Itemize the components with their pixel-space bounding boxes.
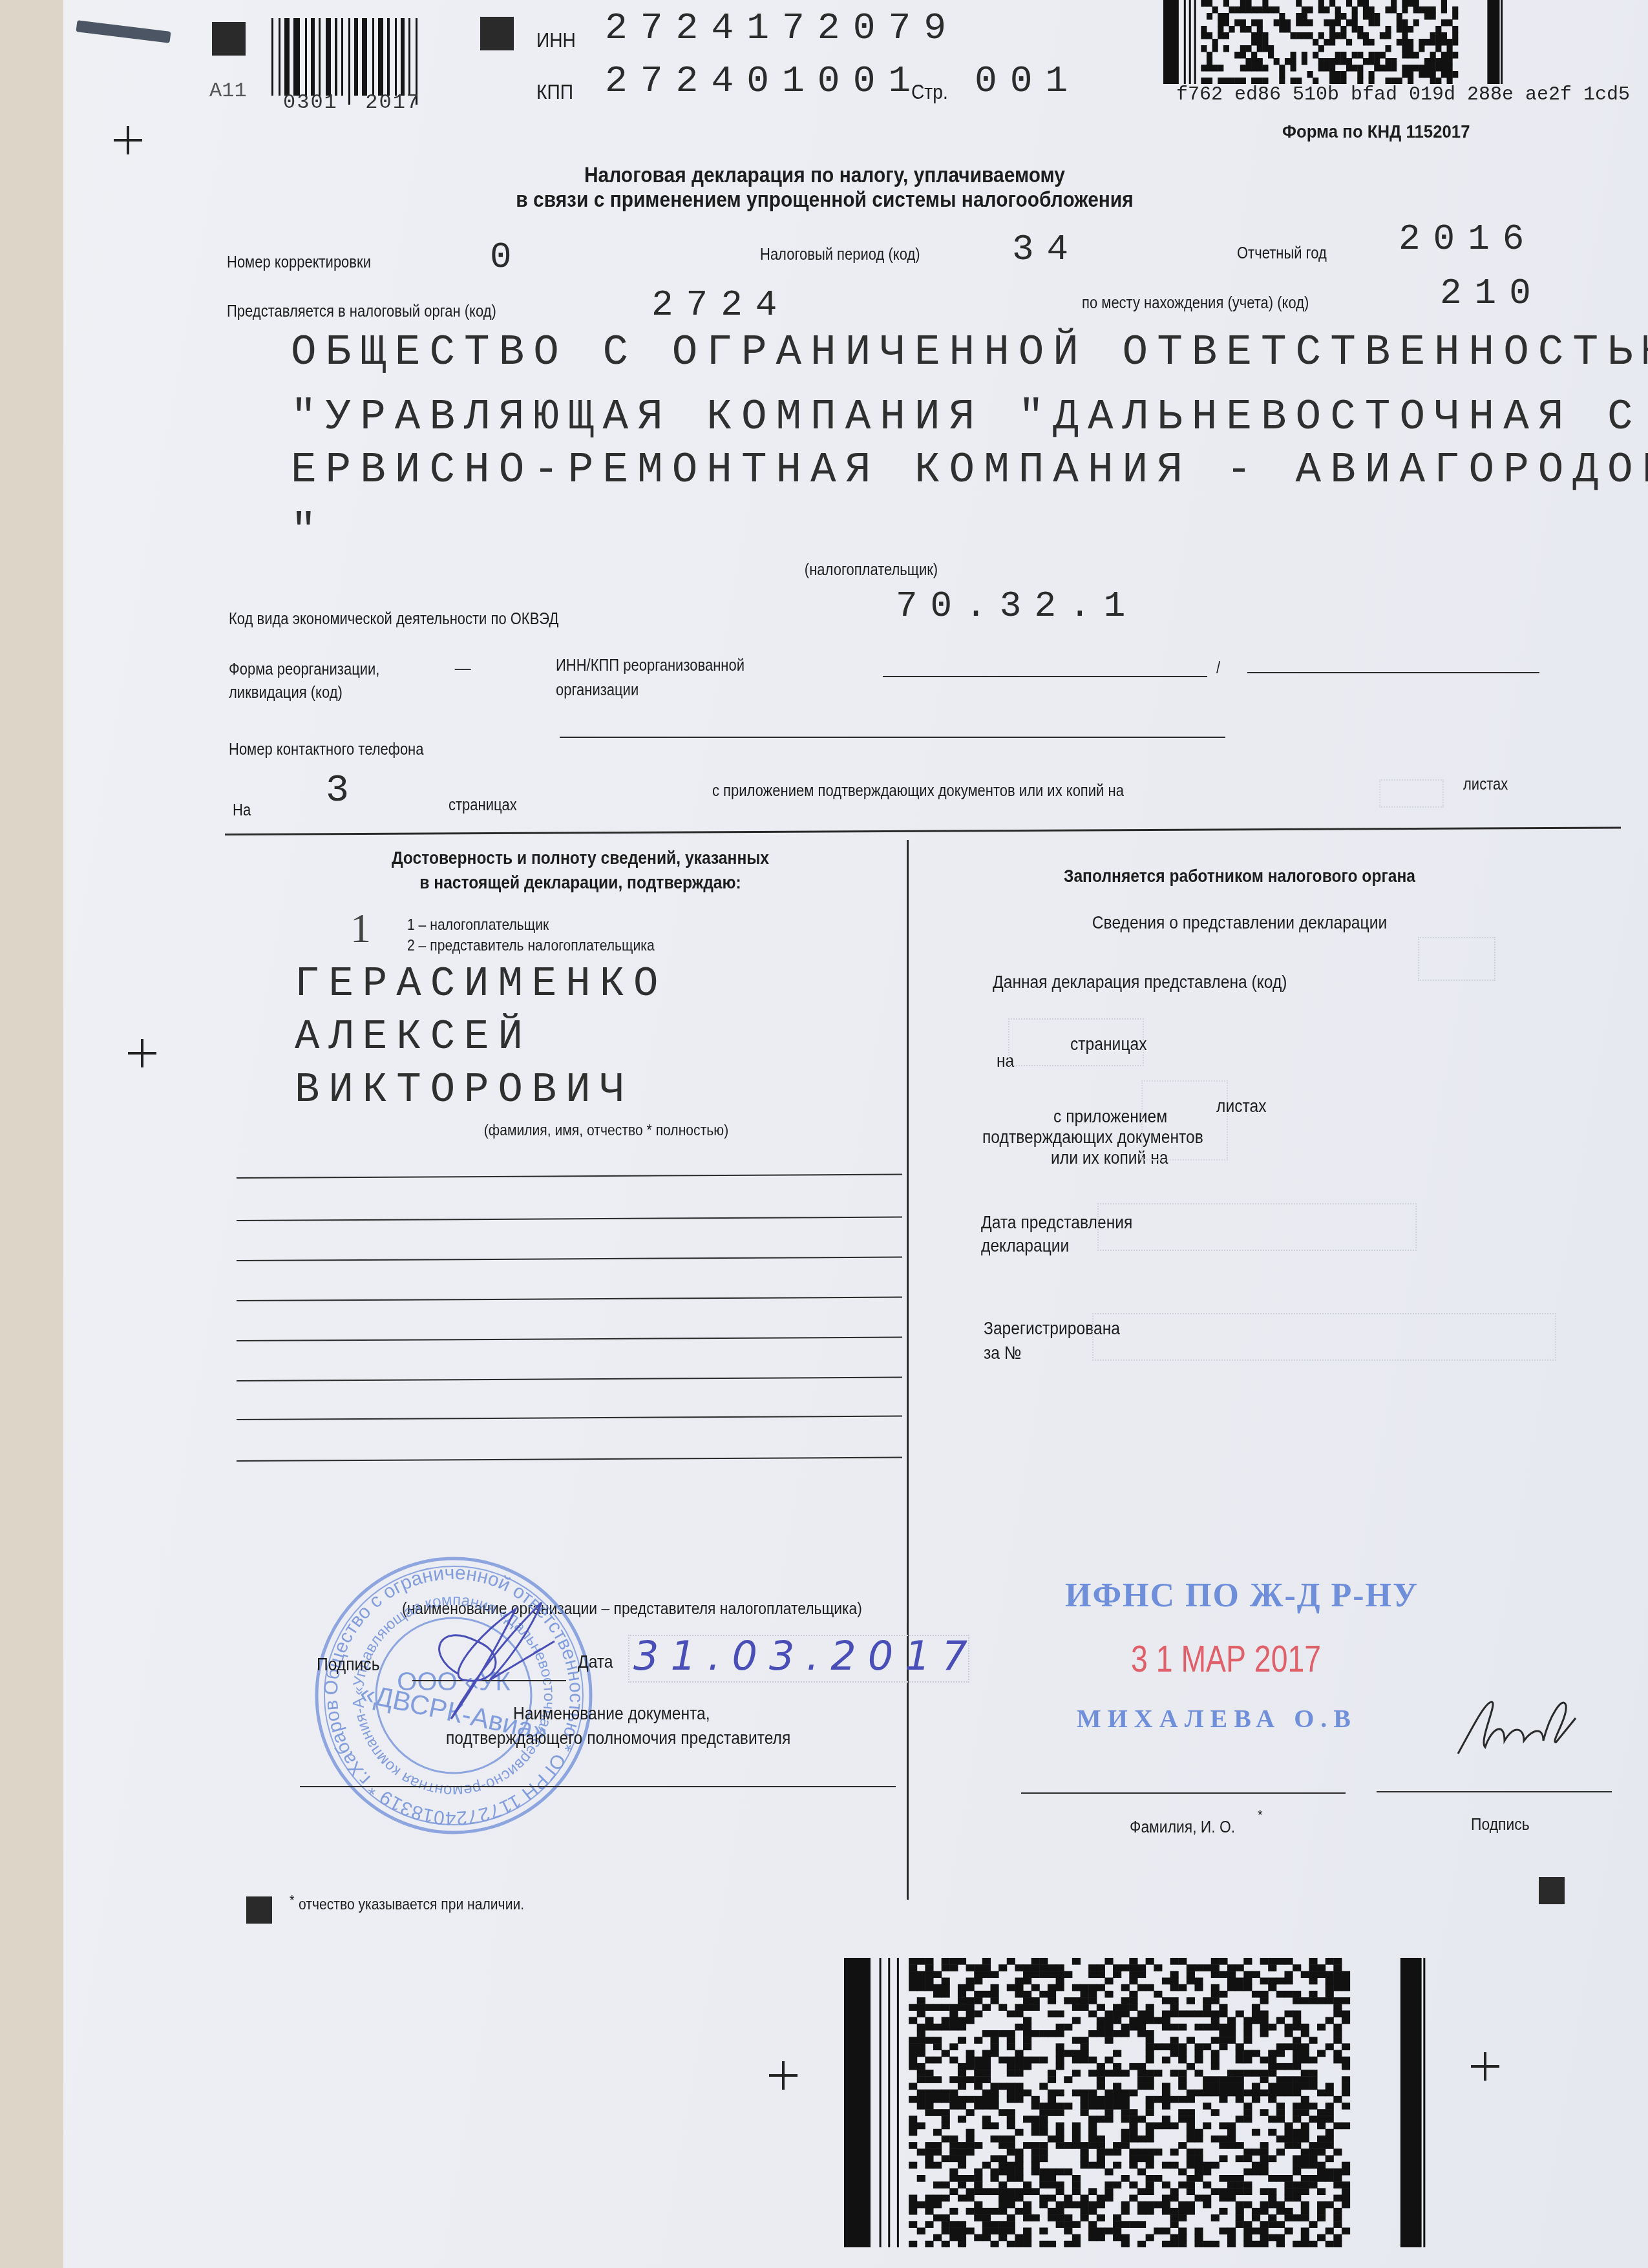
submission-date-label-2: декларации	[981, 1235, 1069, 1256]
pdf417-barcode-bottom	[844, 1958, 1432, 2247]
staple-mark	[76, 20, 171, 43]
signer-option-1: 1 – налогоплательщик	[407, 916, 549, 934]
registration-cross-bottom-left	[769, 2061, 798, 2090]
representative-org-line[interactable]	[237, 1257, 902, 1261]
representative-org-line[interactable]	[237, 1416, 902, 1420]
signer-surname[interactable]: ГЕРАСИМЕНКО	[295, 961, 667, 1008]
officer-signature-field[interactable]	[1377, 1791, 1612, 1792]
signer-patronymic[interactable]: ВИКТОРОВИЧ	[295, 1067, 633, 1114]
page-label: Стр.	[911, 80, 948, 104]
reorg-inn-label-1: ИНН/КПП реорганизованной	[556, 656, 745, 675]
phone-field[interactable]	[560, 737, 1225, 738]
tax-officer-signature	[1453, 1689, 1582, 1760]
okved-value[interactable]: 70.32.1	[896, 585, 1138, 627]
inn-label: ИНН	[536, 28, 576, 52]
reorg-form-value[interactable]: __	[455, 653, 470, 671]
marker-square-bottom-right	[1539, 1877, 1565, 1904]
tax-period-value[interactable]: 34	[1012, 229, 1081, 270]
representative-org-line[interactable]	[237, 1217, 902, 1221]
attachments-label: с приложением подтверждающих документов …	[712, 782, 1124, 801]
correction-number-value[interactable]: 0	[490, 236, 525, 278]
declaration-title-line1: Налоговая декларация по налогу, уплачива…	[427, 163, 1223, 188]
registration-cross-top-left	[114, 126, 142, 154]
representative-org-line[interactable]	[237, 1297, 902, 1301]
taxpayer-name-line-3[interactable]: ЕРВИСНО-РЕМОНТНАЯ КОМПАНИЯ - АВИАГОРОДОК	[291, 446, 1648, 494]
date-value[interactable]: 31.03.2017	[633, 1632, 979, 1679]
representative-org-line[interactable]	[237, 1457, 902, 1462]
marker-square-top-mid	[480, 17, 514, 50]
reorg-inn-label-2: организации	[556, 681, 639, 700]
reorg-slash: /	[1216, 659, 1220, 678]
submitted-code-field[interactable]	[1418, 937, 1495, 981]
submitted-code-label: Данная декларация представлена (код)	[993, 972, 1287, 992]
page-value: 001	[975, 61, 1081, 103]
officer-pages-suffix: страницах	[1070, 1034, 1147, 1055]
kpp-value: 272401001	[605, 61, 924, 103]
reorg-kpp-field[interactable]	[1247, 672, 1539, 673]
signer-first-name[interactable]: АЛЕКСЕЙ	[295, 1014, 532, 1061]
document-hash: f762 ed86 510b bfad 019d 288e ae2f 1cd5	[1176, 84, 1630, 106]
footnote-text: отчество указывается при наличии.	[299, 1896, 524, 1914]
signer-type-value[interactable]: 1	[350, 905, 371, 952]
representative-org-line[interactable]	[237, 1174, 902, 1179]
form-prefix: A11	[209, 79, 247, 103]
officer-fio-caption: Фамилия, И. О.	[1130, 1817, 1235, 1837]
pdf417-barcode-top	[1163, 0, 1506, 84]
knd-form-code: Форма по КНД 1152017	[1282, 121, 1470, 142]
form-barcode	[271, 18, 421, 96]
date-label: Дата	[578, 1652, 613, 1672]
attachments-suffix: листах	[1463, 775, 1508, 794]
registered-label-2: за №	[984, 1343, 1021, 1363]
report-year-label: Отчетный год	[1237, 244, 1327, 263]
location-code-value[interactable]: 210	[1440, 273, 1544, 314]
tax-declaration-page: A11 0301 2017 ИНН 2724172079 КПП 2724010…	[63, 0, 1648, 2268]
tax-officer-name-stamp: МИХАЛЕВА О.В	[1077, 1703, 1357, 1734]
taxpayer-caption: (налогоплательщик)	[786, 561, 956, 580]
representative-org-line[interactable]	[237, 1337, 902, 1341]
authority-doc-label-2: подтверждающего полномочия представителя	[446, 1728, 790, 1748]
representative-org-line[interactable]	[237, 1377, 902, 1381]
column-divider	[907, 840, 909, 1900]
reorg-inn-field[interactable]	[883, 676, 1207, 677]
taxpayer-name-line-1[interactable]: ОБЩЕСТВО С ОГРАНИЧЕННОЙ ОТВЕТСТВЕННОСТЬЮ	[291, 328, 1648, 377]
registration-cross-bottom-right	[1471, 2052, 1499, 2081]
submission-info-heading: Сведения о представлении декларации	[989, 912, 1490, 933]
officer-attach-field[interactable]	[1141, 1080, 1228, 1160]
registration-cross-mid-left	[128, 1039, 156, 1067]
signer-option-2: 2 – представитель налогоплательщика	[407, 937, 655, 955]
marker-square-top-left	[212, 22, 246, 56]
location-code-label: по месту нахождения (учета) (код)	[1082, 294, 1309, 313]
received-date-stamp: 3 1 МАР 2017	[1131, 1637, 1321, 1681]
authority-doc-field[interactable]	[300, 1786, 896, 1787]
taxpayer-name-line-4[interactable]: "	[291, 507, 326, 555]
tax-officer-heading: Заполняется работником налогового органа	[989, 866, 1490, 887]
back-sheet-edge	[0, 0, 66, 2268]
phone-label: Номер контактного телефона	[229, 740, 424, 759]
tax-period-label: Налоговый период (код)	[760, 246, 920, 264]
officer-fio-asterisk: *	[1258, 1807, 1263, 1823]
footnote-marker: *	[290, 1892, 295, 1909]
reorg-form-label-2: ликвидация (код)	[229, 684, 343, 702]
submission-date-field[interactable]	[1097, 1203, 1417, 1251]
okved-label: Код вида экономической деятельности по О…	[229, 610, 558, 629]
registration-number-field[interactable]	[1092, 1313, 1556, 1361]
tax-authority-value[interactable]: 2724	[651, 284, 790, 326]
tax-office-stamp: ИФНС ПО Ж-Д Р-НУ	[1065, 1577, 1419, 1615]
kpp-label: КПП	[536, 80, 573, 104]
report-year-value[interactable]: 2016	[1399, 218, 1537, 260]
section-divider	[225, 826, 1621, 835]
barcode-caption: 0301 2017	[283, 90, 420, 114]
marker-square-bottom-left	[246, 1896, 272, 1924]
correction-number-label: Номер корректировки	[227, 253, 371, 272]
pages-count-value[interactable]: 3	[326, 769, 362, 813]
authority-doc-label-1: Наименование документа,	[513, 1703, 710, 1724]
reorg-form-label-1: Форма реорганизации,	[229, 660, 379, 679]
declaration-title-line2: в связи с применением упрощенной системы…	[427, 187, 1223, 213]
fio-caption: (фамилия, имя, отчество * полностью)	[390, 1122, 823, 1140]
officer-signature-caption: Подпись	[1471, 1814, 1530, 1834]
officer-attach-suffix: листах	[1216, 1096, 1266, 1117]
officer-fio-field[interactable]	[1021, 1792, 1346, 1794]
signature-label: Подпись	[317, 1654, 380, 1675]
pages-suffix: страницах	[449, 796, 517, 815]
attachments-count-field[interactable]	[1379, 779, 1444, 808]
confirmation-heading-line1: Достоверность и полноту сведений, указан…	[296, 848, 865, 868]
tax-authority-label: Представляется в налоговый орган (код)	[227, 302, 496, 321]
pages-prefix: На	[233, 801, 251, 820]
inn-value: 2724172079	[605, 8, 959, 50]
taxpayer-name-line-2[interactable]: "УРАВЛЯЮЩАЯ КОМПАНИЯ "ДАЛЬНЕВОСТОЧНАЯ С	[291, 393, 1642, 441]
confirmation-heading-line2: в настоящей декларации, подтверждаю:	[296, 872, 865, 893]
